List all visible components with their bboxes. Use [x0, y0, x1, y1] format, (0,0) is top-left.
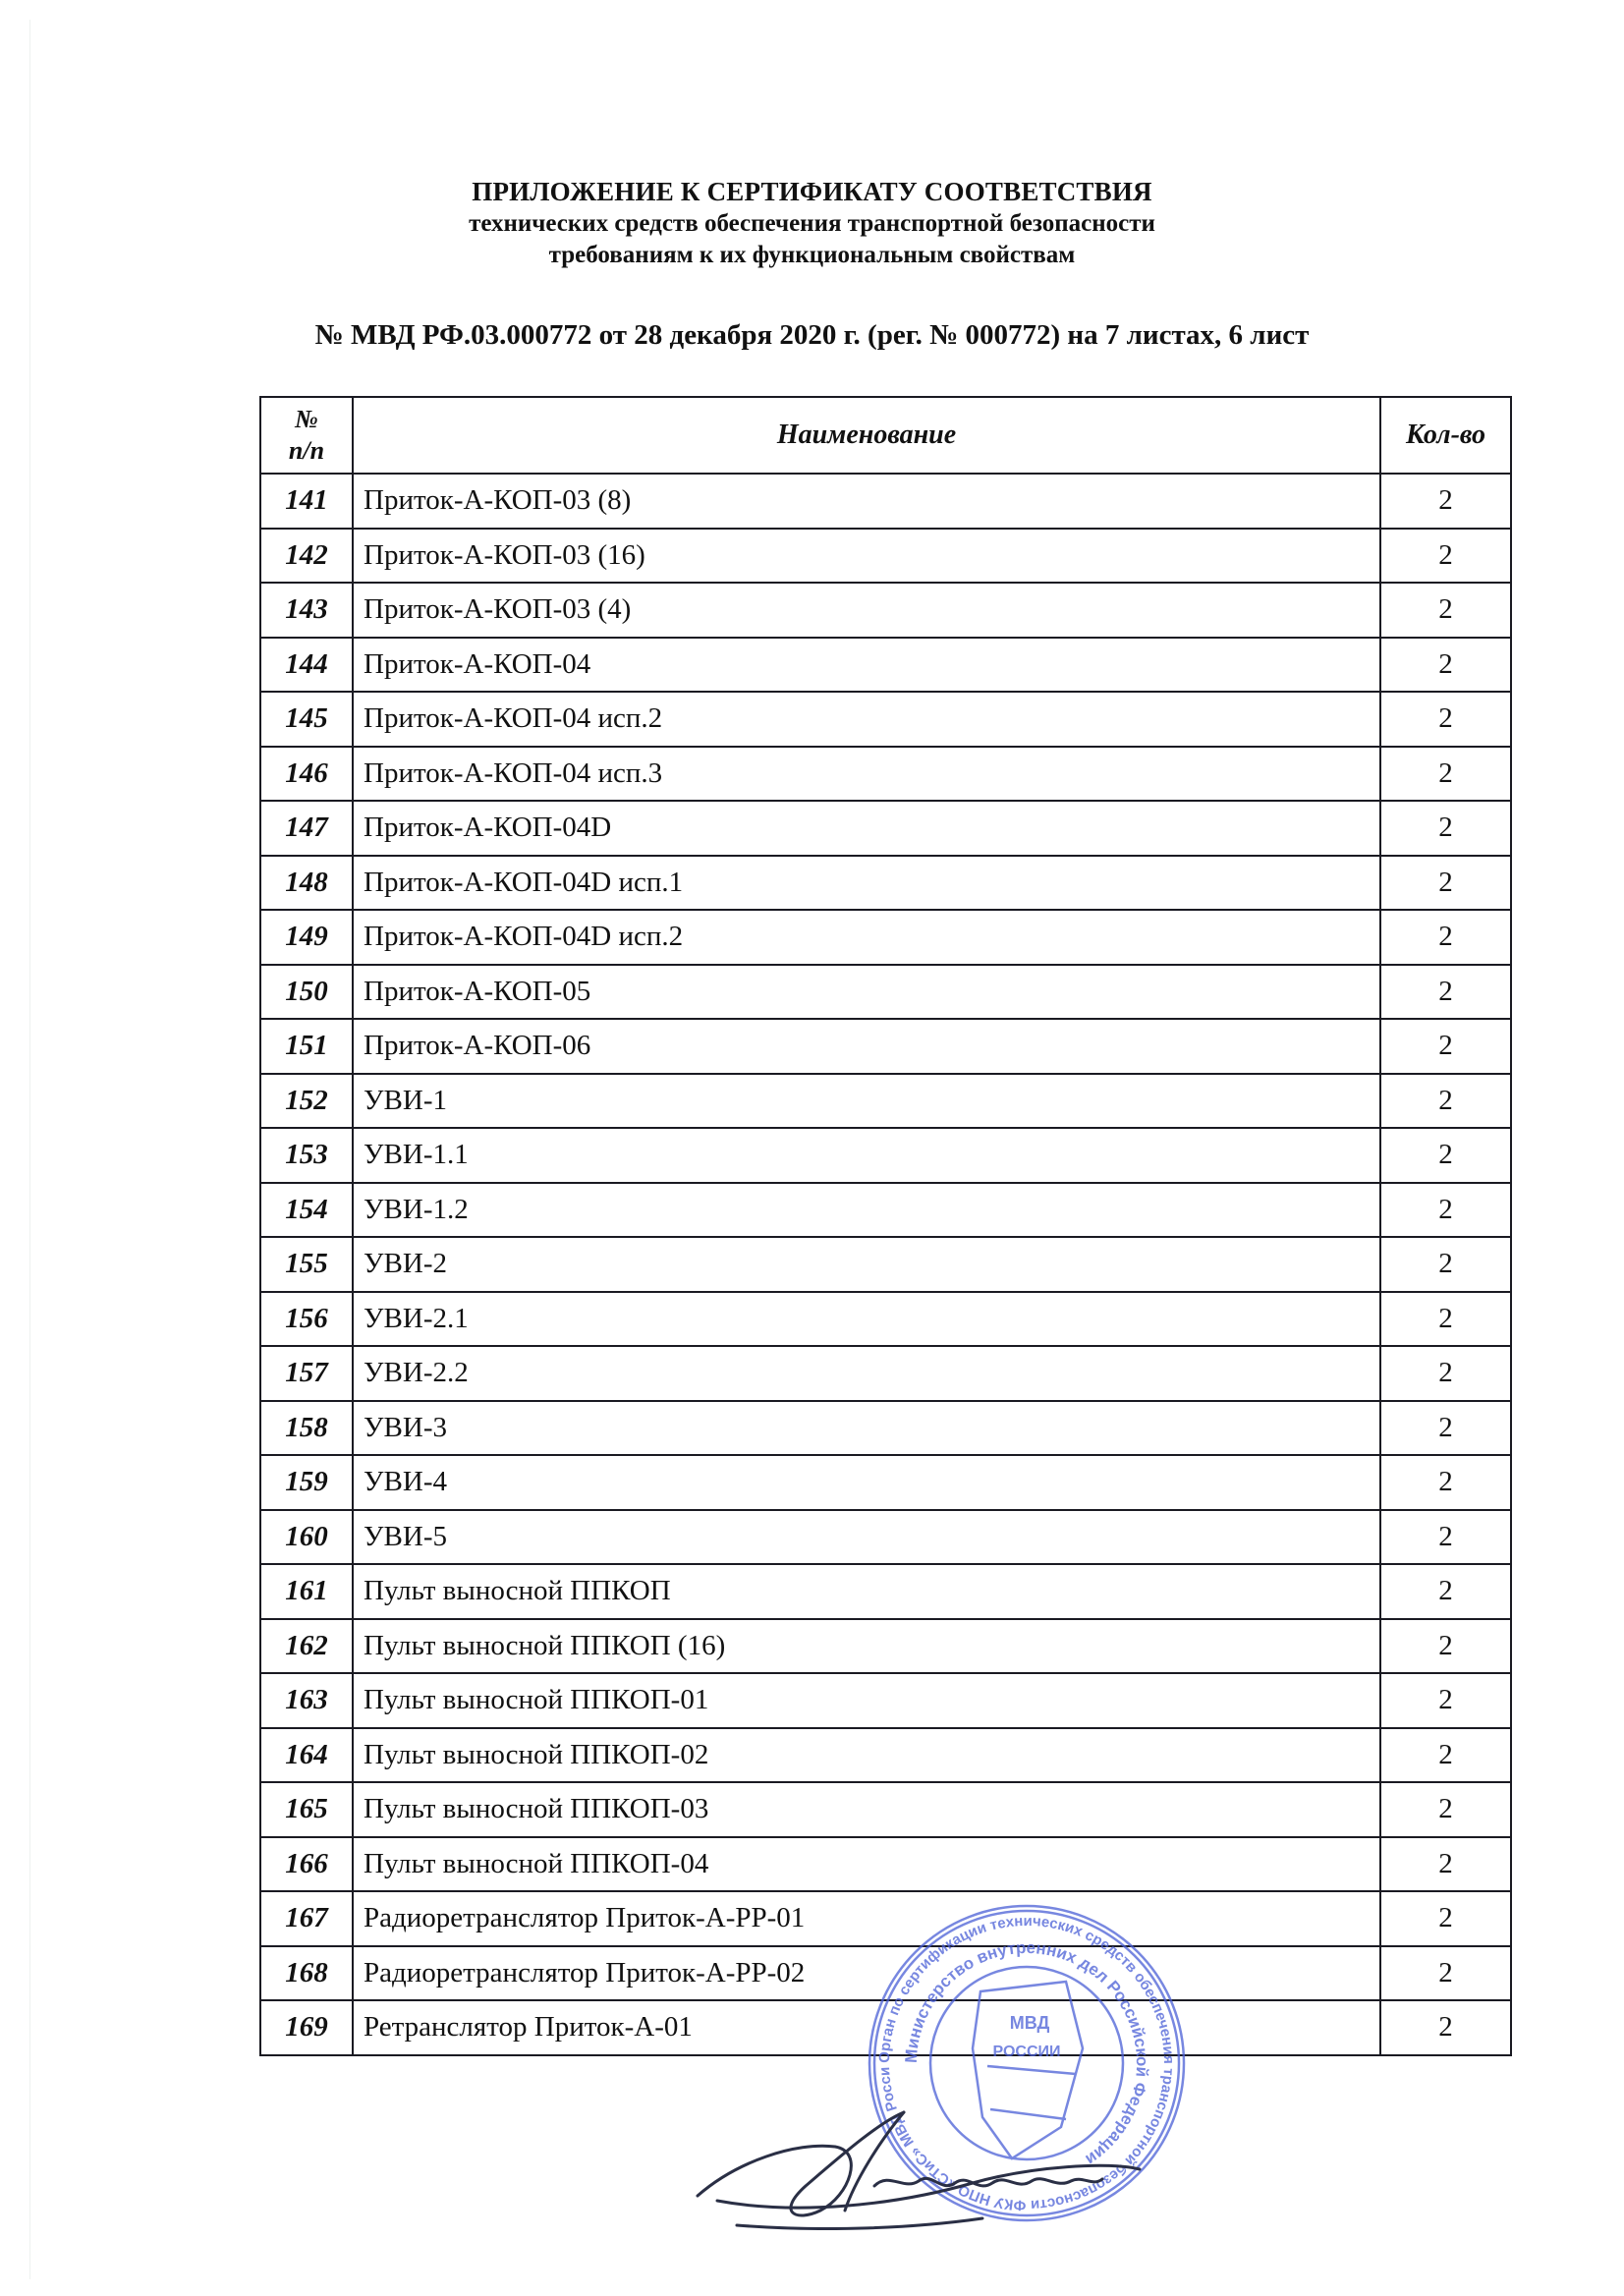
table-row: 147Приток-А-КОП-04D2: [260, 801, 1511, 856]
row-quantity-cell: 2: [1380, 747, 1511, 802]
row-quantity-cell: 2: [1380, 1564, 1511, 1619]
row-quantity-cell: 2: [1380, 474, 1511, 529]
table-row: 162Пульт выносной ППКОП (16)2: [260, 1619, 1511, 1674]
table-body: 141Приток-А-КОП-03 (8)2142Приток-А-КОП-0…: [260, 474, 1511, 2055]
row-quantity-cell: 2: [1380, 1837, 1511, 1892]
table-row: 141Приток-А-КОП-03 (8)2: [260, 474, 1511, 529]
row-quantity-cell: 2: [1380, 1946, 1511, 2001]
row-number-cell: 144: [260, 638, 353, 693]
document-subtitle-line2: требованиям к их функциональным свойства…: [0, 240, 1624, 271]
document-subtitle-line1: технических средств обеспечения транспор…: [0, 208, 1624, 240]
table-row: 151Приток-А-КОП-062: [260, 1019, 1511, 1074]
row-number-cell: 166: [260, 1837, 353, 1892]
row-quantity-cell: 2: [1380, 583, 1511, 638]
row-name-cell: Приток-А-КОП-04: [353, 638, 1380, 693]
row-number-cell: 159: [260, 1455, 353, 1510]
table-header-row: № п/п Наименование Кол-во: [260, 397, 1511, 474]
table-row: 165Пульт выносной ППКОП-032: [260, 1782, 1511, 1837]
row-number-cell: 158: [260, 1401, 353, 1456]
row-number-cell: 143: [260, 583, 353, 638]
table-row: 152УВИ-12: [260, 1074, 1511, 1129]
table-row: 158УВИ-32: [260, 1401, 1511, 1456]
row-number-cell: 152: [260, 1074, 353, 1129]
table-row: 142Приток-А-КОП-03 (16)2: [260, 529, 1511, 584]
row-number-cell: 149: [260, 910, 353, 965]
header-number-line2: п/п: [261, 435, 352, 467]
row-number-cell: 163: [260, 1673, 353, 1728]
row-number-cell: 148: [260, 856, 353, 911]
header-number: № п/п: [260, 397, 353, 474]
row-name-cell: Приток-А-КОП-04D исп.1: [353, 856, 1380, 911]
row-name-cell: Приток-А-КОП-03 (8): [353, 474, 1380, 529]
table-row: 164Пульт выносной ППКОП-022: [260, 1728, 1511, 1783]
row-quantity-cell: 2: [1380, 1619, 1511, 1674]
row-number-cell: 150: [260, 965, 353, 1020]
row-number-cell: 147: [260, 801, 353, 856]
scan-edge: [29, 20, 30, 2279]
header-number-line1: №: [261, 404, 352, 435]
row-number-cell: 154: [260, 1183, 353, 1238]
row-number-cell: 167: [260, 1891, 353, 1946]
row-name-cell: УВИ-1: [353, 1074, 1380, 1129]
row-number-cell: 162: [260, 1619, 353, 1674]
row-name-cell: УВИ-2: [353, 1237, 1380, 1292]
row-name-cell: УВИ-2.2: [353, 1346, 1380, 1401]
table-row: 150Приток-А-КОП-052: [260, 965, 1511, 1020]
row-name-cell: Пульт выносной ППКОП (16): [353, 1619, 1380, 1674]
table-row: 146Приток-А-КОП-04 исп.32: [260, 747, 1511, 802]
row-name-cell: Приток-А-КОП-06: [353, 1019, 1380, 1074]
table-row: 144Приток-А-КОП-042: [260, 638, 1511, 693]
row-quantity-cell: 2: [1380, 910, 1511, 965]
row-quantity-cell: 2: [1380, 692, 1511, 747]
table-row: 161Пульт выносной ППКОП2: [260, 1564, 1511, 1619]
row-name-cell: Приток-А-КОП-05: [353, 965, 1380, 1020]
row-number-cell: 146: [260, 747, 353, 802]
table-row: 145Приток-А-КОП-04 исп.22: [260, 692, 1511, 747]
row-number-cell: 164: [260, 1728, 353, 1783]
row-number-cell: 142: [260, 529, 353, 584]
table-row: 143Приток-А-КОП-03 (4)2: [260, 583, 1511, 638]
row-quantity-cell: 2: [1380, 638, 1511, 693]
row-quantity-cell: 2: [1380, 1019, 1511, 1074]
header-name: Наименование: [353, 397, 1380, 474]
table-row: 156УВИ-2.12: [260, 1292, 1511, 1347]
row-quantity-cell: 2: [1380, 1401, 1511, 1456]
signature: [678, 2102, 1149, 2230]
row-name-cell: Пульт выносной ППКОП-04: [353, 1837, 1380, 1892]
row-quantity-cell: 2: [1380, 1128, 1511, 1183]
table-row: 166Пульт выносной ППКОП-042: [260, 1837, 1511, 1892]
stamp-center-line2: РОССИИ: [992, 2044, 1060, 2060]
row-quantity-cell: 2: [1380, 1237, 1511, 1292]
certificate-number-line: № МВД РФ.03.000772 от 28 декабря 2020 г.…: [0, 317, 1624, 353]
row-quantity-cell: 2: [1380, 1891, 1511, 1946]
document-header: ПРИЛОЖЕНИЕ К СЕРТИФИКАТУ СООТВЕТСТВИЯ те…: [0, 175, 1624, 271]
row-name-cell: Пульт выносной ППКОП-03: [353, 1782, 1380, 1837]
row-quantity-cell: 2: [1380, 1455, 1511, 1510]
row-name-cell: Приток-А-КОП-04 исп.3: [353, 747, 1380, 802]
row-number-cell: 168: [260, 1946, 353, 2001]
row-number-cell: 145: [260, 692, 353, 747]
row-number-cell: 161: [260, 1564, 353, 1619]
row-name-cell: УВИ-1.1: [353, 1128, 1380, 1183]
row-number-cell: 157: [260, 1346, 353, 1401]
table-row: 157УВИ-2.22: [260, 1346, 1511, 1401]
row-name-cell: Приток-А-КОП-04 исп.2: [353, 692, 1380, 747]
row-quantity-cell: 2: [1380, 529, 1511, 584]
row-name-cell: УВИ-3: [353, 1401, 1380, 1456]
header-quantity: Кол-во: [1380, 397, 1511, 474]
row-quantity-cell: 2: [1380, 2000, 1511, 2055]
row-name-cell: УВИ-4: [353, 1455, 1380, 1510]
row-quantity-cell: 2: [1380, 801, 1511, 856]
row-quantity-cell: 2: [1380, 1346, 1511, 1401]
row-number-cell: 141: [260, 474, 353, 529]
row-number-cell: 160: [260, 1510, 353, 1565]
row-number-cell: 156: [260, 1292, 353, 1347]
row-number-cell: 153: [260, 1128, 353, 1183]
stamp-center-line1: МВД: [1010, 2013, 1050, 2033]
row-name-cell: УВИ-2.1: [353, 1292, 1380, 1347]
row-quantity-cell: 2: [1380, 965, 1511, 1020]
row-name-cell: УВИ-5: [353, 1510, 1380, 1565]
row-number-cell: 169: [260, 2000, 353, 2055]
table-row: 154УВИ-1.22: [260, 1183, 1511, 1238]
row-name-cell: Приток-А-КОП-03 (16): [353, 529, 1380, 584]
row-name-cell: Приток-А-КОП-04D: [353, 801, 1380, 856]
items-table: № п/п Наименование Кол-во 141Приток-А-КО…: [259, 396, 1512, 2056]
row-quantity-cell: 2: [1380, 1510, 1511, 1565]
row-name-cell: Пульт выносной ППКОП: [353, 1564, 1380, 1619]
row-number-cell: 151: [260, 1019, 353, 1074]
document-title: ПРИЛОЖЕНИЕ К СЕРТИФИКАТУ СООТВЕТСТВИЯ: [0, 175, 1624, 208]
row-name-cell: Пульт выносной ППКОП-01: [353, 1673, 1380, 1728]
row-name-cell: Приток-А-КОП-04D исп.2: [353, 910, 1380, 965]
row-name-cell: Приток-А-КОП-03 (4): [353, 583, 1380, 638]
table-row: 155УВИ-22: [260, 1237, 1511, 1292]
row-quantity-cell: 2: [1380, 1292, 1511, 1347]
row-number-cell: 165: [260, 1782, 353, 1837]
table-row: 163Пульт выносной ППКОП-012: [260, 1673, 1511, 1728]
row-quantity-cell: 2: [1380, 1183, 1511, 1238]
row-quantity-cell: 2: [1380, 1782, 1511, 1837]
table-row: 149Приток-А-КОП-04D исп.22: [260, 910, 1511, 965]
row-number-cell: 155: [260, 1237, 353, 1292]
table-row: 160УВИ-52: [260, 1510, 1511, 1565]
row-name-cell: Пульт выносной ППКОП-02: [353, 1728, 1380, 1783]
row-name-cell: УВИ-1.2: [353, 1183, 1380, 1238]
table-row: 153УВИ-1.12: [260, 1128, 1511, 1183]
row-quantity-cell: 2: [1380, 1673, 1511, 1728]
row-quantity-cell: 2: [1380, 856, 1511, 911]
table-row: 159УВИ-42: [260, 1455, 1511, 1510]
row-quantity-cell: 2: [1380, 1728, 1511, 1783]
row-quantity-cell: 2: [1380, 1074, 1511, 1129]
table-row: 148Приток-А-КОП-04D исп.12: [260, 856, 1511, 911]
